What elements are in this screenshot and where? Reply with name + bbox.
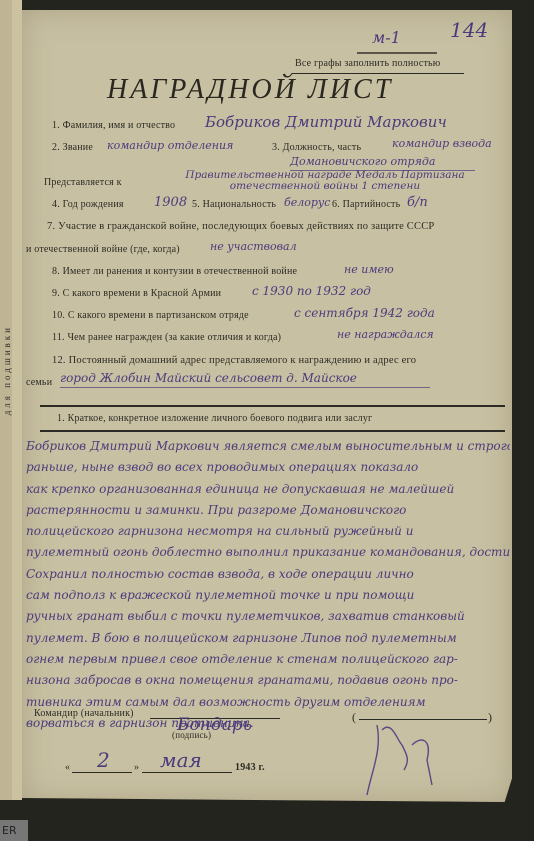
binding-edge-inner [12,0,22,800]
field-3-label: 3. Должность, часть [272,142,361,153]
archive-code: м-1 [372,28,401,47]
field-8-label: 8. Имеет ли ранения и контузии в отечест… [52,266,297,277]
date-year: 1943 г. [235,762,265,773]
date-month: мая [160,748,202,772]
field-12-value: город Жлобин Майский сельсовет д. Майско… [60,371,357,385]
margin-binding-label: для подшивки [2,325,12,415]
field-11-label: 11. Чем ранее награжден (за какие отличи… [52,332,281,343]
narrative-line: раньше, ныне взвод во всех проводимых оп… [26,457,510,478]
date-month-line [142,772,232,773]
field-5-value: белорус [284,196,330,209]
field-6-value: б/п [407,195,428,210]
date-day: 2 [97,748,110,772]
handwritten-signature [352,710,502,800]
date-day-line [72,772,132,773]
field-12-label: 12. Постоянный домашний адрес представля… [52,355,416,366]
scanner-tag: ЕR [0,820,28,841]
document-title: НАГРАДНОЙ ЛИСТ [107,74,393,106]
field-1-label: 1. Фамилия, имя и отчество [52,120,175,131]
narrative-line: Сохранил полностью состав взвода, в ходе… [26,564,510,585]
presented-for-value: Правительственной награде Медаль Партиза… [140,170,510,192]
field-12-label-line2: семьи [26,377,52,388]
narrative-text: Бобриков Дмитрий Маркович является смелы… [26,436,510,734]
header-note: Все графы заполнить полностью [295,58,440,69]
narrative-line: пулемет. В бою в полицейском гарнизоне Л… [26,628,510,649]
field-7-value: не участвовал [210,240,297,253]
narrative-line: пулеметный огонь доблестно выполнил прик… [26,542,510,563]
sheet-number: 144 [450,18,488,42]
field-1-value: Бобриков Дмитрий Маркович [205,113,447,131]
field-10-value: с сентября 1942 года [294,306,435,320]
field-9-value: с 1930 по 1932 год [252,284,371,298]
field-12-underline [60,387,430,388]
archive-underline [357,52,437,54]
narrative-line: огнем первым привел свое отделение к сте… [26,649,510,670]
narrative-line: как крепко организованная единица не доп… [26,479,510,500]
section-bottom-rule [40,430,505,432]
field-5-label: 5. Национальность [192,199,276,210]
date-quote-open: « [65,762,70,773]
commander-label: Командир (начальник) [34,708,134,719]
field-7-label: 7. Участие в гражданской войне, последую… [47,221,434,232]
field-10-label: 10. С какого времени в партизанском отря… [52,310,249,321]
field-3-value: командир взвода [392,137,492,150]
narrative-line: полицейского гарнизона несмотря на сильн… [26,521,510,542]
field-7-label-line2: и отечественной войне (где, когда) [26,244,180,255]
field-9-label: 9. С какого времени в Красной Армии [52,288,221,299]
narrative-line: Бобриков Дмитрий Маркович является смелы… [26,436,510,457]
presented-for-label: Представляется к [44,177,122,188]
narrative-line: ручных гранат выбил с точки пулеметчиков… [26,606,510,627]
field-3-value-line2: Домановичского отряда [290,155,435,168]
narrative-line: сам подполз к вражеской пулеметной точке… [26,585,510,606]
field-2-value: командир отделения [107,139,233,152]
field-2-label: 2. Звание [52,142,93,153]
field-8-value: не имею [344,263,394,276]
field-11-value: не награждался [337,328,434,341]
signature-caption: (подпись) [172,730,211,740]
field-4-label: 4. Год рождения [52,199,124,210]
award-sheet-page: м-1 144 Все графы заполнить полностью НА… [22,10,512,802]
field-4-value: 1908 [154,195,187,210]
section-top-rule [40,405,505,407]
narrative-line: растерянности и заминки. При разгроме До… [26,500,510,521]
field-6-label: 6. Партийность [332,199,400,210]
date-quote-close: » [134,762,139,773]
section-heading: 1. Краткое, конкретное изложение личного… [57,413,372,424]
narrative-line: низона забросав в окна помещения граната… [26,670,510,691]
